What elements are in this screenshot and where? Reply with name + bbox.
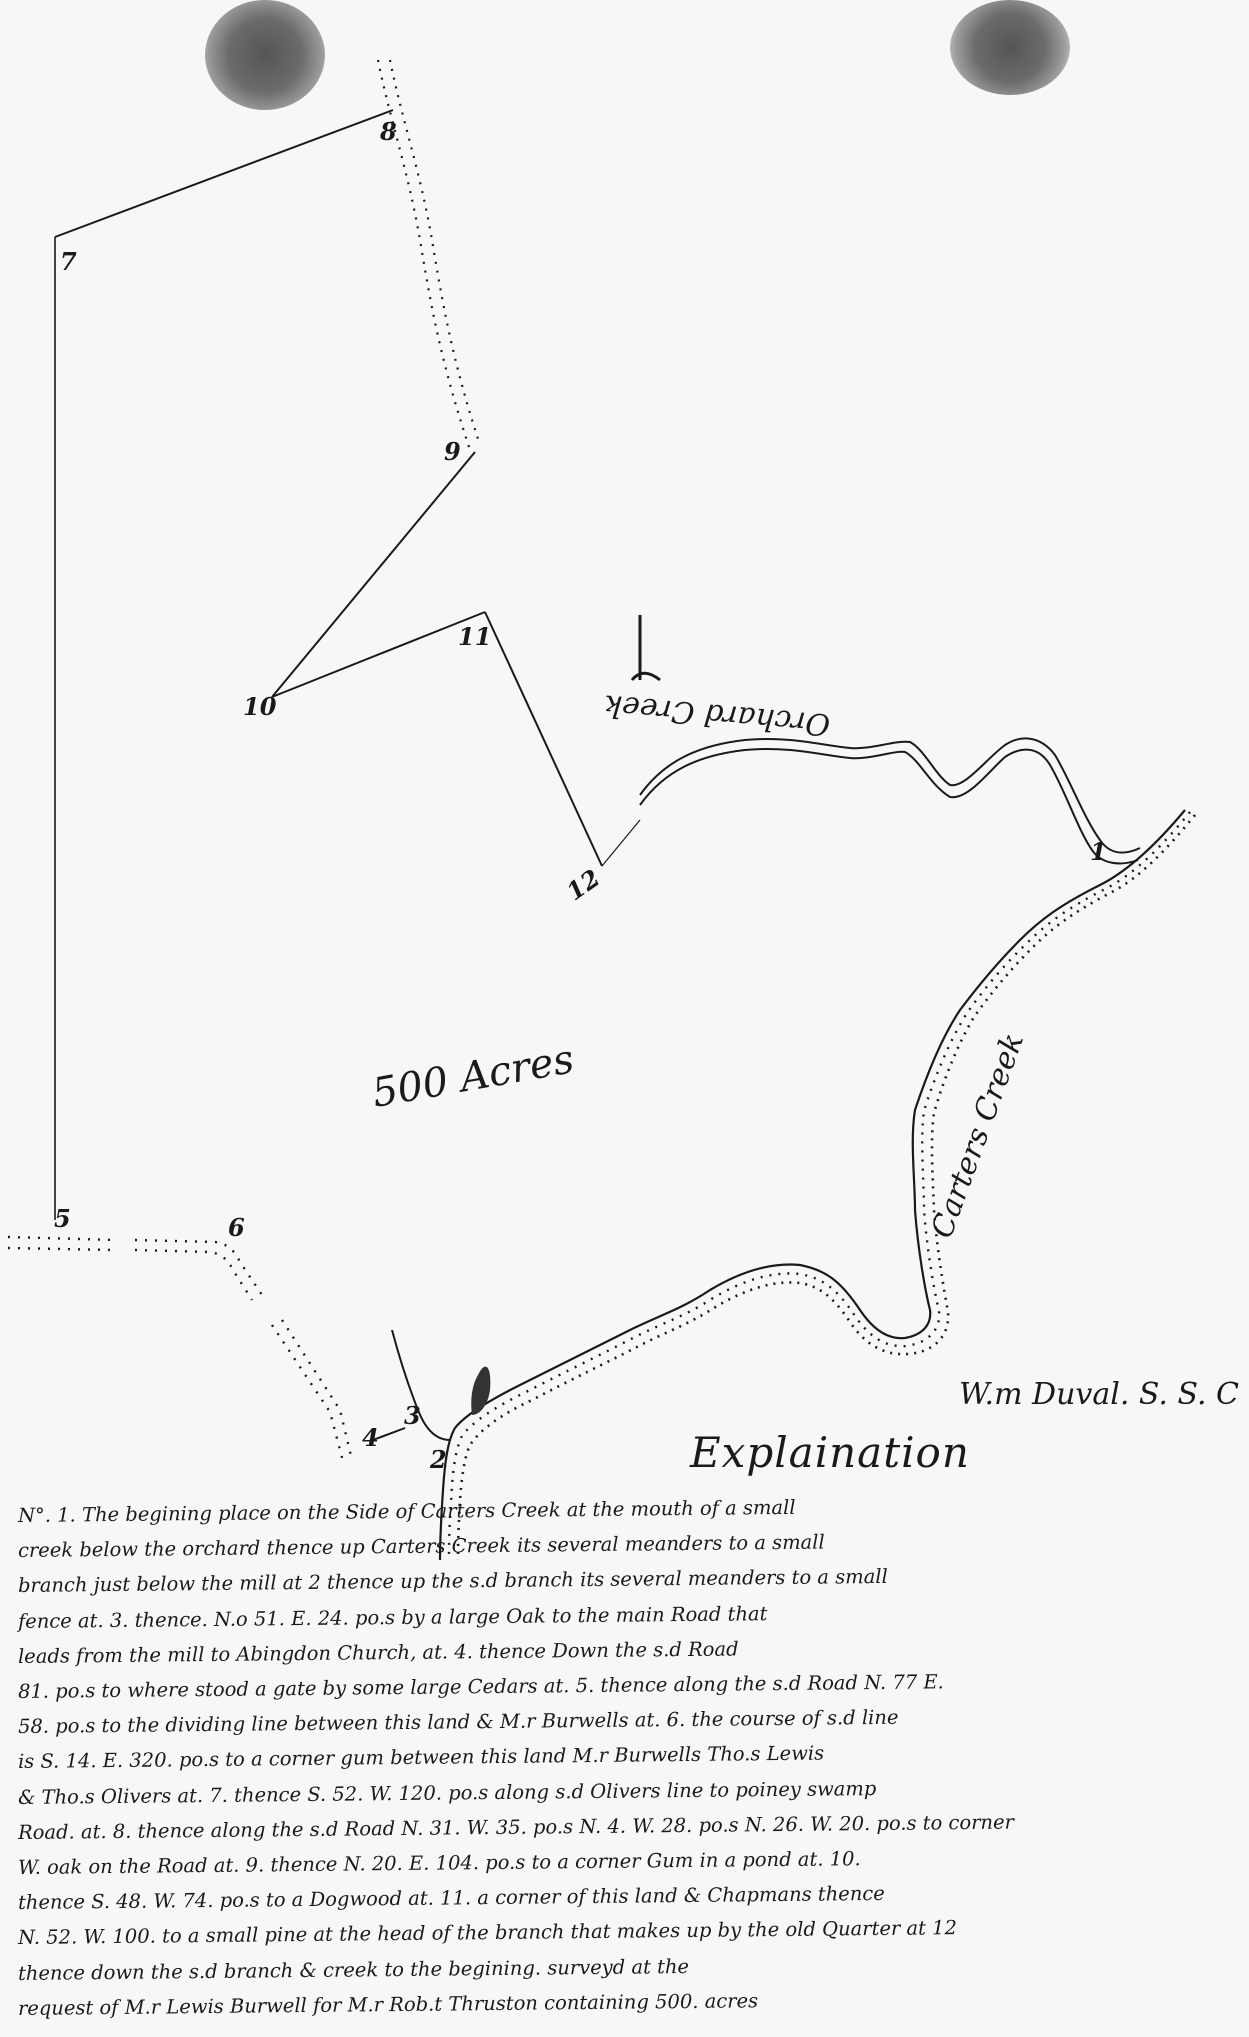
- boundary-lines: [55, 110, 640, 1440]
- orchard-creek: [640, 738, 1140, 863]
- corner-label-6: 6: [228, 1213, 245, 1242]
- ink-mark-center: [632, 615, 660, 680]
- corner-label-12: 12: [561, 863, 605, 906]
- surveyor-signature: W.m Duval. S. S. C: [959, 1377, 1239, 1412]
- explanation-text: N°. 1. The begining place on the Side of…: [18, 1498, 1238, 2026]
- corner-label-10: 10: [243, 692, 277, 721]
- corner-label-7: 7: [60, 247, 77, 276]
- small-branch-3: [392, 1330, 450, 1440]
- corner-label-3: 3: [404, 1401, 421, 1430]
- explanation-title: Explaination: [690, 1428, 970, 1477]
- corner-label-4: 4: [362, 1423, 379, 1452]
- corner-label-11: 11: [458, 622, 491, 651]
- carters-creek-label: Carters Creek: [925, 1028, 1032, 1242]
- road-5-to-4: [8, 1237, 352, 1465]
- corner-label-9: 9: [444, 437, 461, 466]
- orchard-creek-label: Orchard Creek: [602, 687, 831, 742]
- area-label: 500 Acres: [369, 1036, 578, 1117]
- ink-blot-mill: [471, 1367, 490, 1415]
- corner-label-8: 8: [379, 117, 397, 146]
- corner-label-5: 5: [54, 1204, 71, 1233]
- corner-label-2: 2: [429, 1445, 447, 1474]
- corner-label-1: 1: [1090, 837, 1107, 866]
